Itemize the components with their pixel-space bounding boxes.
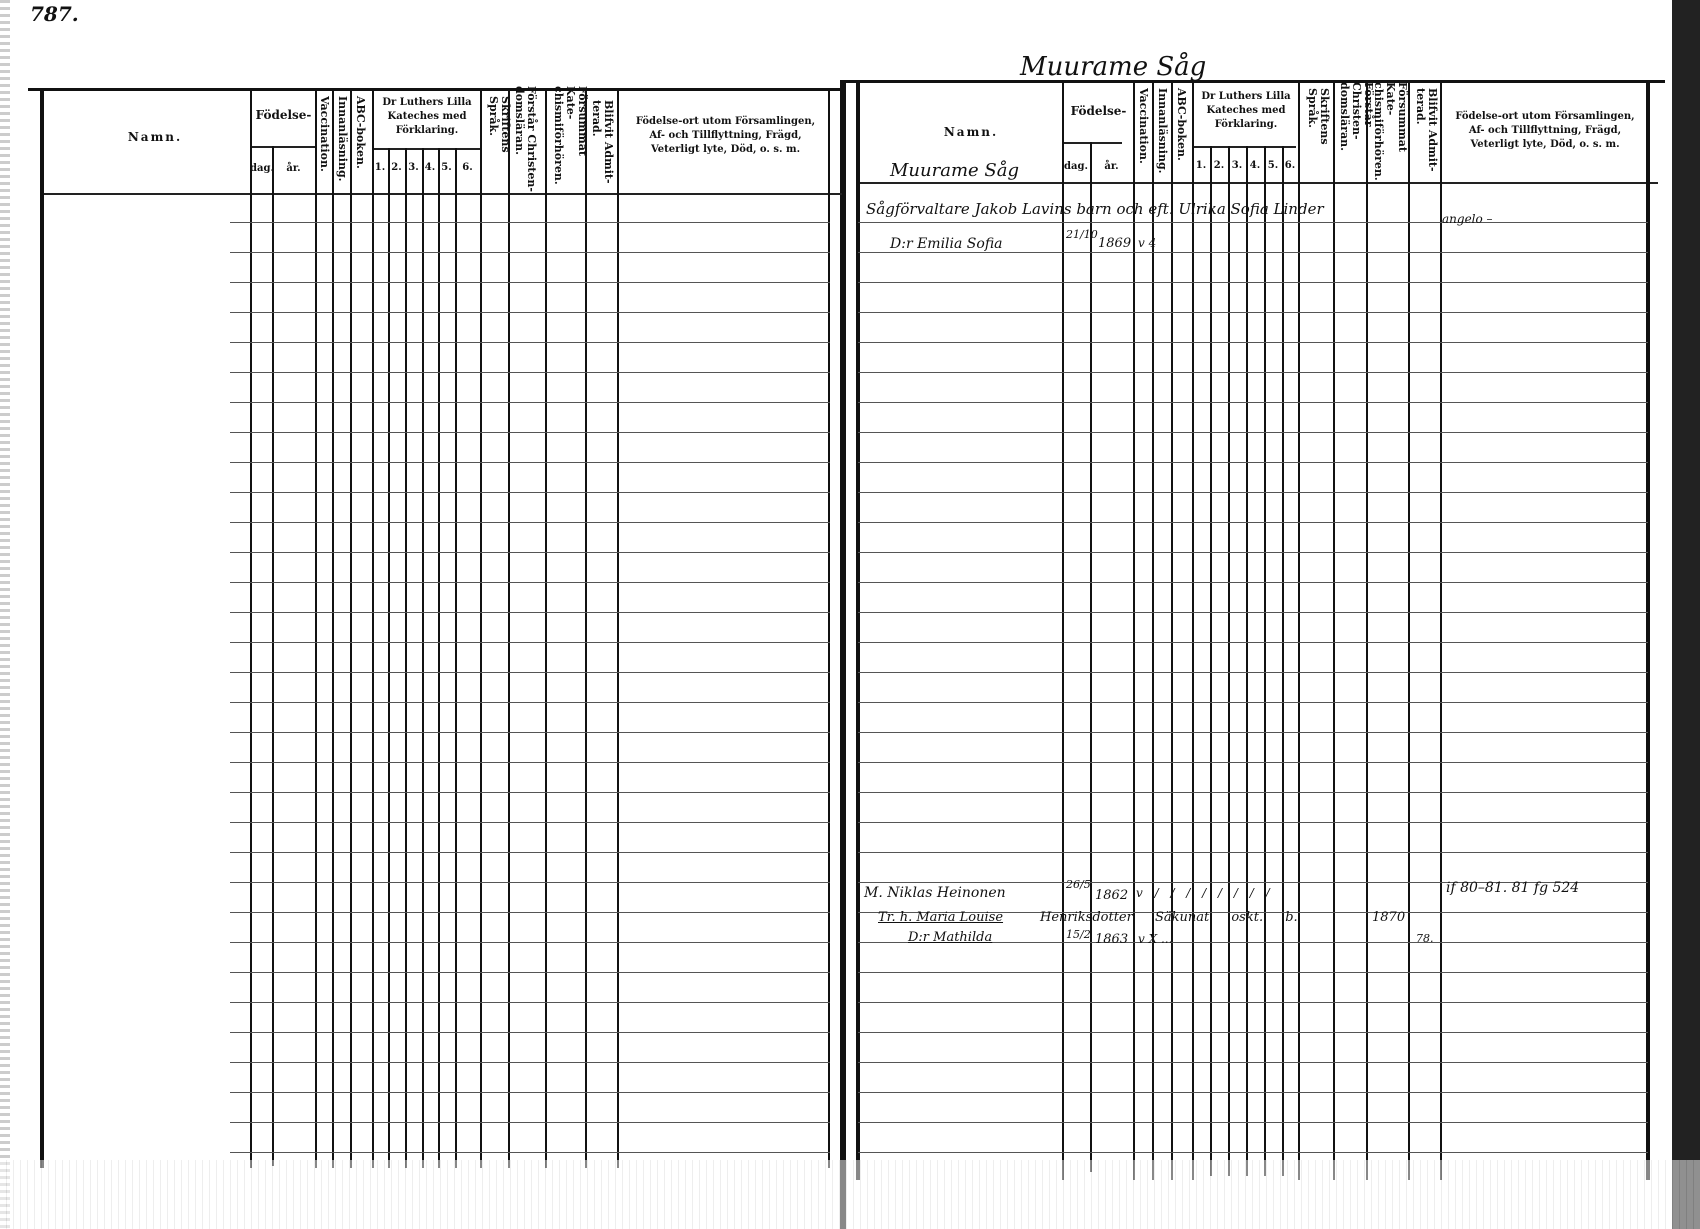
entry-name-husband: M. Niklas Heinonen — [864, 885, 1006, 901]
entry-marks-1: v / / / / / / / / — [1136, 886, 1274, 900]
header-abc-boken-right: ABC-boken. — [1175, 88, 1187, 182]
header-dag-right: dag. — [1062, 160, 1090, 174]
header-luther: Dr Luthers Lilla Kateches med Förklaring… — [374, 96, 480, 138]
scan-noise — [0, 1160, 1700, 1229]
header-admitterad-right: Blifvit Admit-terad. — [1414, 88, 1438, 182]
header-forsummat: Försummat Kate-chismiförhören. — [552, 86, 588, 192]
header-namn-right: Namn. — [880, 125, 1062, 139]
page-number: 787. — [30, 2, 79, 26]
header-fodelse-right: Födelse- — [1064, 104, 1133, 118]
entry-birth-daymonth: 21/10 — [1066, 228, 1098, 241]
entry-birth-daymonth-2: 15/2 — [1066, 928, 1091, 941]
header-vaccination: Vaccination. — [318, 96, 330, 192]
entry-marks-2: v X ... — [1138, 932, 1172, 946]
header-innanlasning: Innanläsning. — [336, 96, 348, 192]
header-luther-right: Dr Luthers Lilla Kateches med Förklaring… — [1194, 90, 1298, 132]
page-edge-right — [1672, 0, 1700, 1229]
header-fodelseort: Födelse-ort utom Församlingen, Af- och T… — [628, 115, 823, 157]
header-abc-boken: ABC-boken. — [354, 96, 366, 192]
page-edge-left — [0, 0, 10, 1229]
entry-name: D:r Emilia Sofia — [890, 236, 1003, 252]
luther-cols-right: 1. 2. 3. 4. 5. 6. — [1192, 160, 1298, 171]
entry-wife-details: Henriksdotter Säkunat oskt. b. — [1040, 910, 1298, 925]
header-ar: år. — [272, 162, 315, 176]
entry-name-daughter: D:r Mathilda — [908, 930, 992, 945]
book-spine — [840, 80, 846, 1229]
header-dag: dag. — [250, 162, 272, 176]
header-forsummat-right: Försummat Kate-chismiförhören. — [1372, 82, 1408, 182]
entry-admitted: 78. — [1416, 932, 1434, 945]
page-title-handwritten: Muurame Såg — [1020, 52, 1206, 82]
header-fodelseort-right: Födelse-ort utom Församlingen, Af- och T… — [1446, 110, 1644, 152]
header-skriftens-sprak: Skriftens Språk. — [487, 96, 511, 192]
header-ar-right: år. — [1090, 160, 1133, 174]
luther-cols: 1. 2. 3. 4. 5. 6. — [372, 162, 480, 173]
entry-line1: Sågförvaltare Jakob Lavins barn och eft.… — [866, 200, 1324, 218]
namn-handwritten: Muurame Såg — [890, 160, 1019, 181]
entry-birth-year-2: 1863 — [1095, 932, 1128, 947]
header-admitterad: Blifvit Admit-terad. — [590, 100, 614, 192]
entry-note: angelo – — [1442, 212, 1493, 226]
entry-note: if 80–81. 81 fg 524 — [1446, 880, 1579, 896]
header-forstar-right: Förstår Christen-domsläran. — [1338, 82, 1374, 182]
entry-birth-daymonth-1: 26/5 — [1066, 878, 1091, 891]
entry-name-wife: Tr. h. Maria Louise — [878, 910, 1003, 925]
entry-birth-year: 1869 — [1098, 236, 1131, 251]
header-vaccination-right: Vaccination. — [1137, 88, 1149, 182]
header-forstar: Förstår Christen-domsläran. — [513, 86, 537, 192]
header-fodelse: Födelse- — [252, 108, 315, 122]
header-innanlasning-right: Innanläsning. — [1156, 88, 1168, 182]
header-namn: Namn. — [60, 130, 250, 144]
entry-year-1870: 1870 — [1372, 910, 1405, 925]
header-skriftens-sprak-right: Skriftens Språk. — [1306, 88, 1330, 182]
entry-marks: v 4 — [1138, 236, 1156, 250]
entry-birth-year-1: 1862 — [1095, 888, 1128, 903]
